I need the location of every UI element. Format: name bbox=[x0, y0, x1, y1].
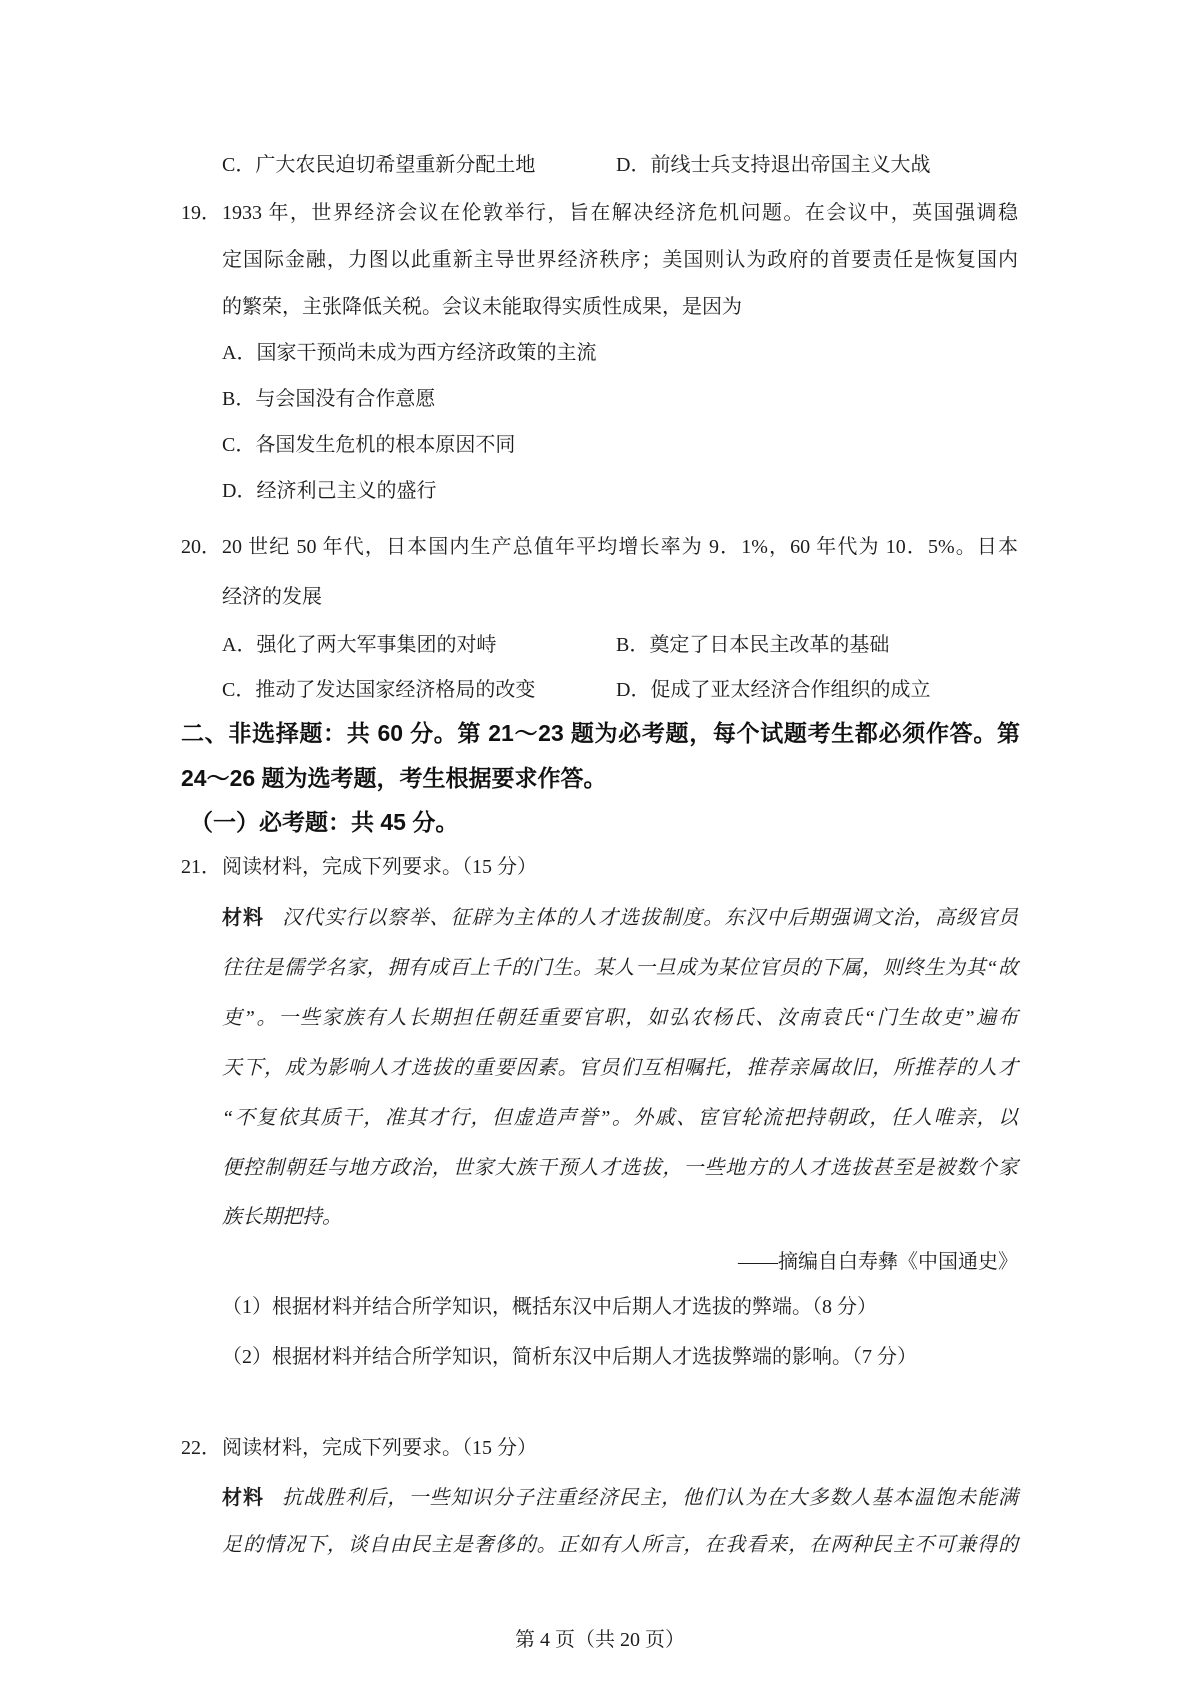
q20-line1: 20 世纪 50 年代，日本国内生产总值年平均增长率为 9．1%，60 年代为 … bbox=[222, 532, 1018, 562]
q19-line1-row: 19．1933 年，世界经济会议在伦敦举行，旨在解决经济危机问题。在会议中，英国… bbox=[181, 198, 1018, 228]
q22-number: 22． bbox=[181, 1433, 222, 1463]
q18-option-d: D．前线士兵支持退出帝国主义大战 bbox=[616, 154, 930, 176]
q21-subquestion-2: （2）根据材料并结合所学知识，简析东汉中后期人才选拔弊端的影响。（7 分） bbox=[222, 1342, 917, 1372]
q19-option-a: A．国家干预尚未成为西方经济政策的主流 bbox=[222, 338, 596, 368]
q18-options-row: C．广大农民迫切希望重新分配土地D．前线士兵支持退出帝国主义大战 bbox=[222, 150, 930, 180]
q21-material-label: 材料 bbox=[222, 907, 264, 929]
q19-option-c: C．各国发生危机的根本原因不同 bbox=[222, 430, 515, 460]
q22-material-line2: 足的情况下，谈自由民主是奢侈的。正如有人所言，在我看来，在两种民主不可兼得的 bbox=[222, 1530, 1018, 1560]
q19-line3: 的繁荣，主张降低关税。会议未能取得实质性成果，是因为 bbox=[222, 292, 742, 322]
q20-number: 20． bbox=[181, 532, 222, 562]
q19-line2: 定国际金融，力图以此重新主导世界经济秩序；美国则认为政府的首要责任是恢复国内 bbox=[222, 245, 1018, 275]
q21-subquestion-1: （1）根据材料并结合所学知识，概括东汉中后期人才选拔的弊端。（8 分） bbox=[222, 1292, 877, 1322]
q22-material-label: 材料 bbox=[222, 1487, 264, 1509]
q20-option-c: C．推动了发达国家经济格局的改变 bbox=[222, 675, 616, 705]
q20-option-b: B．奠定了日本民主改革的基础 bbox=[616, 634, 889, 656]
section2-heading-line2: 24～26 题为选考题，考生根据要求作答。 bbox=[181, 762, 607, 794]
q22-title: 阅读材料，完成下列要求。（15 分） bbox=[222, 1437, 537, 1459]
q21-material-line3: 吏”。一些家族有人长期担任朝廷重要官职，如弘农杨氏、汝南袁氏“门生故吏”遍布 bbox=[222, 1003, 1018, 1033]
q19-option-b: B．与会国没有合作意愿 bbox=[222, 384, 435, 414]
q21-material-line2: 往往是儒学名家，拥有成百上千的门生。某人一旦成为某位官员的下属，则终生为其“故 bbox=[222, 953, 1018, 983]
q20-option-d: D．促成了亚太经济合作组织的成立 bbox=[616, 679, 930, 701]
q22-title-row: 22．阅读材料，完成下列要求。（15 分） bbox=[181, 1433, 537, 1463]
q20-options-row-1: A．强化了两大军事集团的对峙B．奠定了日本民主改革的基础 bbox=[222, 630, 889, 660]
section2-subheading: （一）必考题：共 45 分。 bbox=[190, 806, 458, 838]
q21-number: 21． bbox=[181, 852, 222, 882]
q21-material-line7: 族长期把持。 bbox=[222, 1202, 342, 1232]
section2-heading-line1: 二、非选择题：共 60 分。第 21～23 题为必考题，每个试题考生都必须作答。… bbox=[181, 717, 1020, 749]
q18-option-c: C．广大农民迫切希望重新分配土地 bbox=[222, 150, 616, 180]
q21-title-row: 21．阅读材料，完成下列要求。（15 分） bbox=[181, 852, 537, 882]
q19-number: 19． bbox=[181, 198, 222, 228]
q22-material-text1: 抗战胜利后，一些知识分子注重经济民主，他们认为在大多数人基本温饱未能满 bbox=[282, 1487, 1018, 1509]
exam-page: C．广大农民迫切希望重新分配土地D．前线士兵支持退出帝国主义大战 19．1933… bbox=[0, 0, 1200, 1698]
q21-source-attribution: ——摘编自白寿彝《中国通史》 bbox=[222, 1247, 1018, 1277]
q21-material-line4: 天下，成为影响人才选拔的重要因素。官员们互相嘱托，推荐亲属故旧，所推荐的人才 bbox=[222, 1053, 1018, 1083]
page-number-footer: 第 4 页（共 20 页） bbox=[0, 1625, 1200, 1655]
q21-material-text1: 汉代实行以察举、征辟为主体的人才选拔制度。东汉中后期强调文治，高级官员 bbox=[282, 907, 1018, 929]
q20-line2: 经济的发展 bbox=[222, 582, 322, 612]
q20-option-a: A．强化了两大军事集团的对峙 bbox=[222, 630, 616, 660]
q20-options-row-2: C．推动了发达国家经济格局的改变D．促成了亚太经济合作组织的成立 bbox=[222, 675, 930, 705]
q21-title: 阅读材料，完成下列要求。（15 分） bbox=[222, 856, 537, 878]
q21-material-line1: 材料汉代实行以察举、征辟为主体的人才选拔制度。东汉中后期强调文治，高级官员 bbox=[222, 903, 1018, 933]
q21-material-line6: 便控制朝廷与地方政治，世家大族干预人才选拔，一些地方的人才选拔甚至是被数个家 bbox=[222, 1153, 1018, 1183]
q22-material-line1: 材料抗战胜利后，一些知识分子注重经济民主，他们认为在大多数人基本温饱未能满 bbox=[222, 1483, 1018, 1513]
q19-option-d: D．经济利己主义的盛行 bbox=[222, 476, 436, 506]
q21-material-line5: “不复依其质干，准其才行，但虚造声誉”。外戚、宦官轮流把持朝政，任人唯亲，以 bbox=[222, 1103, 1018, 1133]
q20-line1-row: 20．20 世纪 50 年代，日本国内生产总值年平均增长率为 9．1%，60 年… bbox=[181, 532, 1018, 562]
q19-line1: 1933 年，世界经济会议在伦敦举行，旨在解决经济危机问题。在会议中，英国强调稳 bbox=[222, 198, 1018, 228]
